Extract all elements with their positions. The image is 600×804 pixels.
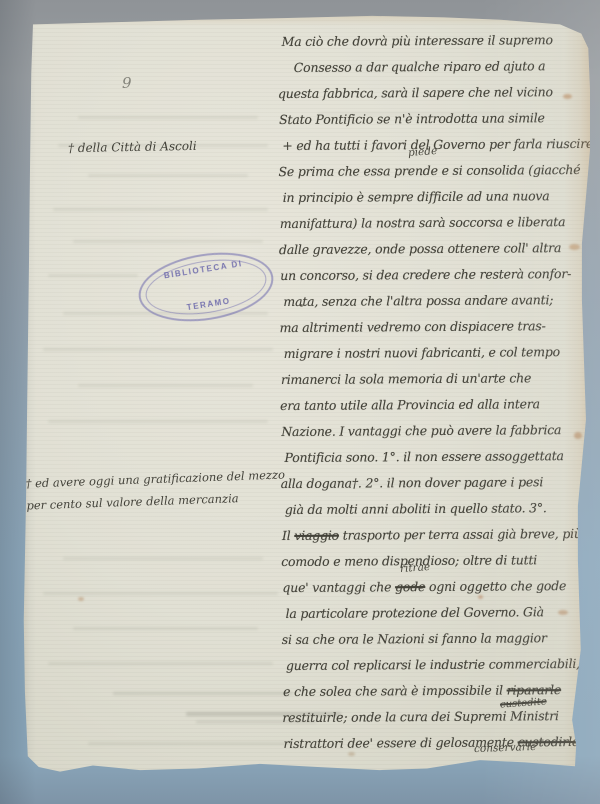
- line-text: trasporto per terra assai già breve, più: [339, 526, 582, 543]
- page-number: 9: [122, 74, 132, 92]
- bleedthrough-mark: [63, 557, 263, 560]
- line-text: migrare i nostri nuovi fabricanti, e col…: [284, 344, 560, 361]
- struck-word: gode: [395, 579, 425, 594]
- manuscript-line: Se prima che essa prende e si consolida …: [278, 157, 581, 185]
- line-text: in principio è sempre difficile ad una n…: [283, 188, 550, 205]
- manuscript-text-column: Ma ciò che dovrà più interessare il supr…: [278, 21, 585, 757]
- line-text: mata, senza che l'altra possa andare ava…: [283, 292, 553, 309]
- line-text: rimanerci la sola memoria di un'arte che: [281, 370, 531, 387]
- manuscript-line: guerra col replicarsi le industrie comme…: [286, 651, 585, 679]
- line-text: Consesso a dar qualche riparo ed ajuto a: [294, 58, 546, 75]
- stamp-text-top: BIBLIOTECA DI: [163, 259, 243, 280]
- line-text: la particolare protezione del Governo. G…: [286, 604, 544, 621]
- manuscript-line: ristrattori dee' essere di gelosamente c…: [283, 729, 585, 757]
- bleedthrough-mark: [78, 384, 253, 387]
- line-text: già da molti anni aboliti in quello stat…: [285, 500, 547, 517]
- manuscript-line: rimanerci la sola memoria di un'arte che: [281, 365, 583, 393]
- manuscript-line: Il viaggio trasporto per terra assai già…: [282, 521, 584, 549]
- manuscript-line: si sa che ora le Nazioni si fanno la mag…: [282, 625, 585, 653]
- stamp-text-bottom: TERAMO: [186, 296, 231, 312]
- manuscript-line: Stato Pontificio se n'è introdotta una s…: [279, 105, 581, 133]
- struck-word: viaggio: [294, 528, 339, 543]
- margin-note: † ed avere oggi una gratificazione del m…: [25, 463, 286, 516]
- manuscript-line: mata, senza che l'altra possa andare ava…: [283, 287, 582, 315]
- margin-heading-note: † della Città di Ascoli: [68, 139, 197, 155]
- line-text: dalle gravezze, onde possa ottenere coll…: [279, 240, 561, 257]
- manuscript-line: già da molti anni aboliti in quello stat…: [285, 495, 584, 523]
- manuscript-line: la particolare protezione del Governo. G…: [285, 599, 584, 627]
- manuscript-line: dalle gravezze, onde possa ottenere coll…: [279, 235, 582, 263]
- manuscript-line: in principio è sempre difficile ad una n…: [283, 183, 582, 211]
- line-text: alla dogana†. 2°. il non dover pagare i …: [281, 474, 544, 491]
- manuscript-line: comodo e meno dispendioso; oltre di tutt…: [281, 547, 584, 575]
- library-stamp: BIBLIOTECA DI TERAMO: [134, 244, 279, 330]
- line-text: Il: [282, 528, 294, 543]
- line-text: ogni oggetto che gode: [425, 578, 566, 594]
- manuscript-photo: 9 † della Città di Ascoli BIBLIOTECA DI …: [0, 0, 600, 804]
- foxing-spot: [78, 597, 84, 601]
- line-text: Ma ciò che dovrà più interessare il supr…: [282, 32, 553, 49]
- manuscript-line: Nazione. I vantaggi che può avere la fab…: [281, 417, 583, 445]
- struck-word: ripararle: [507, 682, 562, 697]
- line-text: un concorso, si dea credere che resterà …: [280, 266, 571, 283]
- manuscript-line: Pontificia sono. 1°. il non essere assog…: [284, 443, 583, 471]
- manuscript-line: que' vantaggi che gode ogni oggetto che …: [282, 573, 584, 601]
- line-text: era tanto utile alla Provincia ed alla i…: [280, 396, 540, 413]
- bleedthrough-mark: [48, 420, 268, 423]
- bleedthrough-mark: [73, 627, 258, 630]
- line-text: + ed ha tutti i favori del Governo per f…: [282, 136, 593, 153]
- manuscript-line: manifattura) la nostra sarà soccorsa e l…: [280, 209, 582, 237]
- line-text: Nazione. I vantaggi che può avere la fab…: [281, 422, 561, 439]
- correction-word: conservarle: [474, 741, 537, 755]
- line-text: Se prima che essa prende e si consolida …: [278, 162, 580, 179]
- manuscript-line: un concorso, si dea credere che resterà …: [280, 261, 582, 289]
- bleedthrough-mark: [78, 116, 258, 119]
- line-text: restituirle; onde la cura dei Supremi Mi…: [282, 708, 559, 725]
- manuscript-line: questa fabbrica, sarà il sapere che nel …: [278, 79, 581, 107]
- manuscript-line: alla dogana†. 2°. il non dover pagare i …: [281, 469, 584, 497]
- line-text: si sa che ora le Nazioni si fanno la mag…: [282, 630, 547, 647]
- manuscript-line: Consesso a dar qualche riparo ed ajuto a: [294, 53, 581, 81]
- bleedthrough-mark: [53, 208, 268, 211]
- bleedthrough-mark: [48, 662, 273, 665]
- line-text: que' vantaggi che: [282, 579, 395, 595]
- manuscript-page: 9 † della Città di Ascoli BIBLIOTECA DI …: [18, 12, 594, 784]
- bleedthrough-mark: [43, 592, 278, 595]
- line-text: e che solea che sarà è impossibile il: [283, 682, 507, 699]
- manuscript-line: Ma ciò che dovrà più interessare il supr…: [281, 27, 580, 55]
- line-text: questa fabbrica, sarà il sapere che nel …: [278, 84, 553, 101]
- bleedthrough-mark: [88, 174, 248, 177]
- line-text: guerra col replicarsi le industrie comme…: [286, 656, 580, 673]
- line-text: Stato Pontificio se n'è introdotta una s…: [279, 110, 545, 127]
- bleedthrough-mark: [113, 692, 293, 695]
- line-text: manifattura) la nostra sarà soccorsa e l…: [280, 214, 566, 231]
- bleedthrough-mark: [88, 742, 288, 745]
- manuscript-line: migrare i nostri nuovi fabricanti, e col…: [284, 339, 583, 367]
- interlinear-insertion: ritrae: [400, 561, 431, 575]
- line-text: ma altrimenti vedremo con dispiacere tra…: [280, 318, 546, 335]
- manuscript-line: era tanto utile alla Provincia ed alla i…: [280, 391, 583, 419]
- manuscript-line: ma altrimenti vedremo con dispiacere tra…: [279, 313, 582, 341]
- interlinear-insertion: piede: [408, 145, 438, 159]
- bleedthrough-mark: [73, 240, 263, 243]
- line-text: Pontificia sono. 1°. il non essere assog…: [284, 448, 563, 465]
- bleedthrough-mark: [48, 274, 138, 277]
- bleedthrough-mark: [43, 348, 273, 351]
